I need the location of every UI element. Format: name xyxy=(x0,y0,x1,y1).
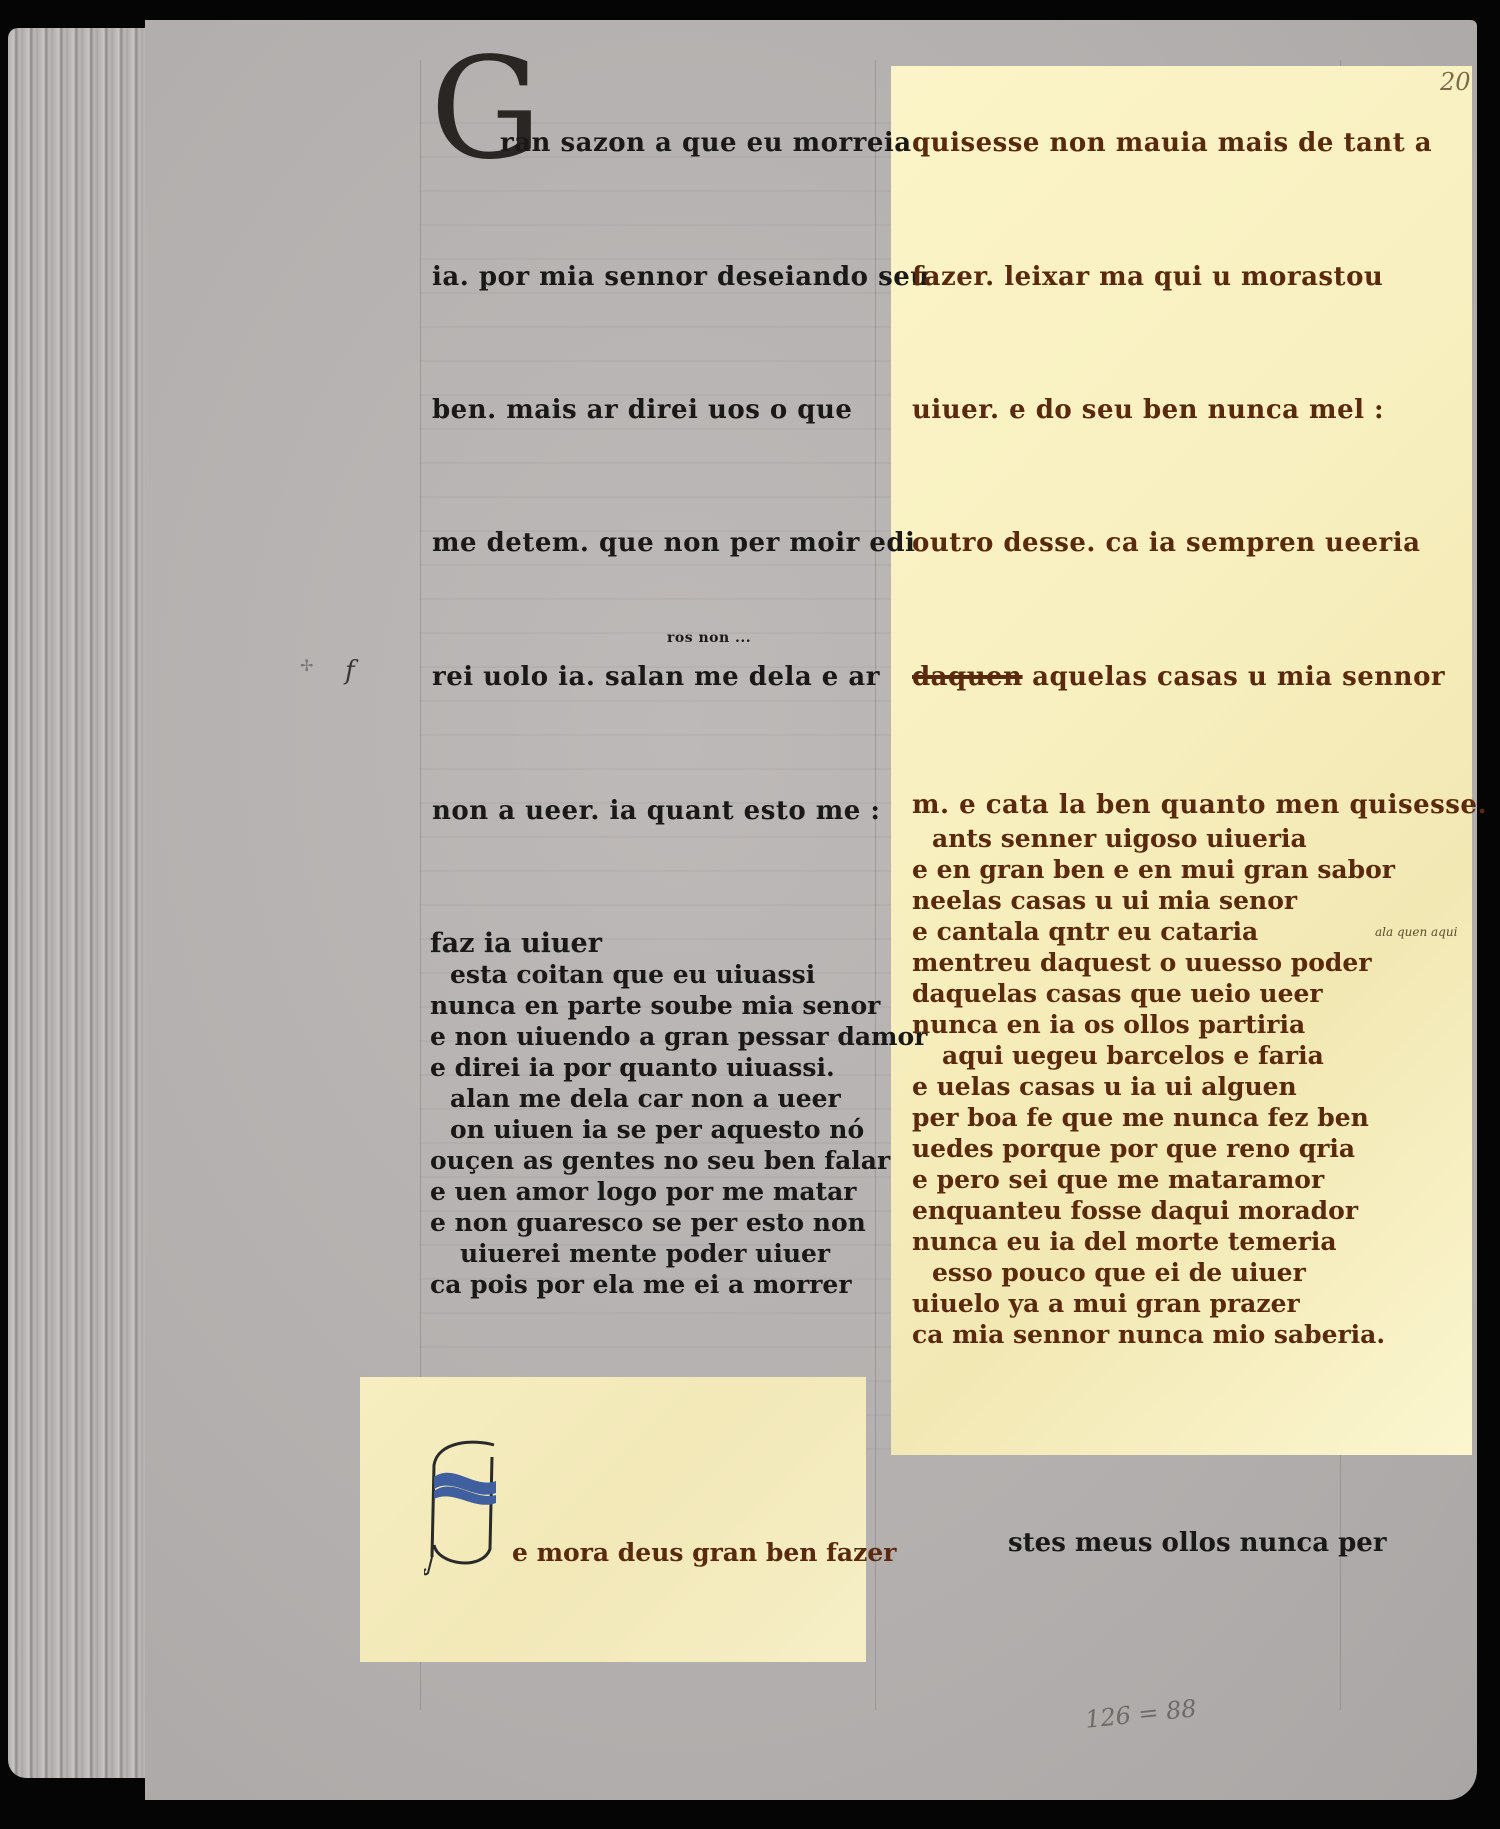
right-dense-line: mentreu daquest o uuesso poder xyxy=(912,947,1395,978)
right-dense-line: enquanteu fosse daqui morador xyxy=(912,1195,1395,1226)
left-line-2: ia. por mia sennor deseiando seu xyxy=(432,262,930,292)
right-dense-line: nunca en ia os ollos partiria xyxy=(912,1009,1395,1040)
right-dense-line: neelas casas u ui mia senor xyxy=(912,885,1395,916)
right-dense-line: esso pouco que ei de uiuer xyxy=(912,1257,1395,1288)
left-dense-line: e non uiuendo a gran pessar damor xyxy=(430,1021,927,1052)
highlighted-bottom-initial: e mora deus gran ben fazer xyxy=(360,1377,866,1662)
right-line-5: daquen aquelas casas u mia sennor xyxy=(912,662,1445,692)
column-rule xyxy=(875,60,876,1710)
decorated-initial-g: G xyxy=(430,40,542,180)
left-line-3: ben. mais ar direi uos o que xyxy=(432,395,852,425)
margin-mark-f: f xyxy=(345,656,355,686)
left-line-5: rei uolo ia. salan me dela e ar xyxy=(432,662,880,692)
right-dense-line: e cantala qntr eu cataria xyxy=(912,916,1395,947)
page-edges xyxy=(8,28,148,1778)
struck-word: daquen xyxy=(912,662,1023,692)
left-dense-line: ca pois por ela me ei a morrer xyxy=(430,1269,927,1300)
bottom-right-line: stes meus ollos nunca per xyxy=(1008,1528,1387,1559)
right-line-1: quisesse non mauia mais de tant a xyxy=(912,128,1432,158)
left-line-4: me detem. que non per moir edi xyxy=(432,528,915,558)
left-line-1: ran sazon a que eu morreia xyxy=(500,128,912,158)
left-line-6: non a ueer. ia quant esto me : xyxy=(432,796,880,826)
margin-note-right: ala quen aqui xyxy=(1375,925,1457,939)
left-dense-line: e non guaresco se per esto non xyxy=(430,1207,927,1238)
right-dense-line: ca mia sennor nunca mio saberia. xyxy=(912,1319,1395,1350)
left-dense-line: e uen amor logo por me matar xyxy=(430,1176,927,1207)
left-dense-line: nunca en parte soube mia senor xyxy=(430,990,927,1021)
left-dense-line: on uiuen ia se per aquesto nó xyxy=(430,1114,927,1145)
margin-mark-icon: ✢ xyxy=(300,656,313,675)
right-line-2: fazer. leixar ma qui u morastou xyxy=(912,262,1383,292)
left-dense-line: ouçen as gentes no seu ben falar xyxy=(430,1145,927,1176)
right-dense-line: e en gran ben e en mui gran sabor xyxy=(912,854,1395,885)
right-dense-line: per boa fe que me nunca fez ben xyxy=(912,1102,1395,1133)
folio-number: 20 xyxy=(1440,68,1471,96)
left-heading-line: faz ia uiuer xyxy=(430,928,927,959)
interlinear-note: ros non ... xyxy=(667,630,751,646)
manuscript-book: e mora deus gran ben fazer G ran sazon a… xyxy=(0,0,1500,1829)
right-line-6: m. e cata la ben quanto men quisesse. xyxy=(912,790,1487,820)
right-dense-line: e pero sei que me mataramor xyxy=(912,1164,1395,1195)
right-dense-line: nunca eu ia del morte temeria xyxy=(912,1226,1395,1257)
right-dense-line: ants senner uigoso uiueria xyxy=(912,823,1395,854)
right-dense-line: e uelas casas u ia ui alguen xyxy=(912,1071,1395,1102)
bottom-left-line: e mora deus gran ben fazer xyxy=(512,1537,896,1568)
decorated-initial-s-icon xyxy=(424,1437,508,1577)
right-dense-line: daquelas casas que ueio ueer xyxy=(912,978,1395,1009)
right-line-4: outro desse. ca ia sempren ueeria xyxy=(912,528,1420,558)
right-dense-line: uedes porque por que reno qria xyxy=(912,1133,1395,1164)
left-dense-line: esta coitan que eu uiuassi xyxy=(430,959,927,990)
right-dense-line: uiuelo ya a mui gran prazer xyxy=(912,1288,1395,1319)
right-line-5-text: aquelas casas u mia sennor xyxy=(1032,662,1445,692)
left-dense-line: uiuerei mente poder uiuer xyxy=(430,1238,927,1269)
left-dense-line: alan me dela car non a ueer xyxy=(430,1083,927,1114)
right-dense-line: aqui uegeu barcelos e faria xyxy=(912,1040,1395,1071)
left-dense-line: e direi ia por quanto uiuassi. xyxy=(430,1052,927,1083)
right-line-3: uiuer. e do seu ben nunca mel : xyxy=(912,395,1384,425)
